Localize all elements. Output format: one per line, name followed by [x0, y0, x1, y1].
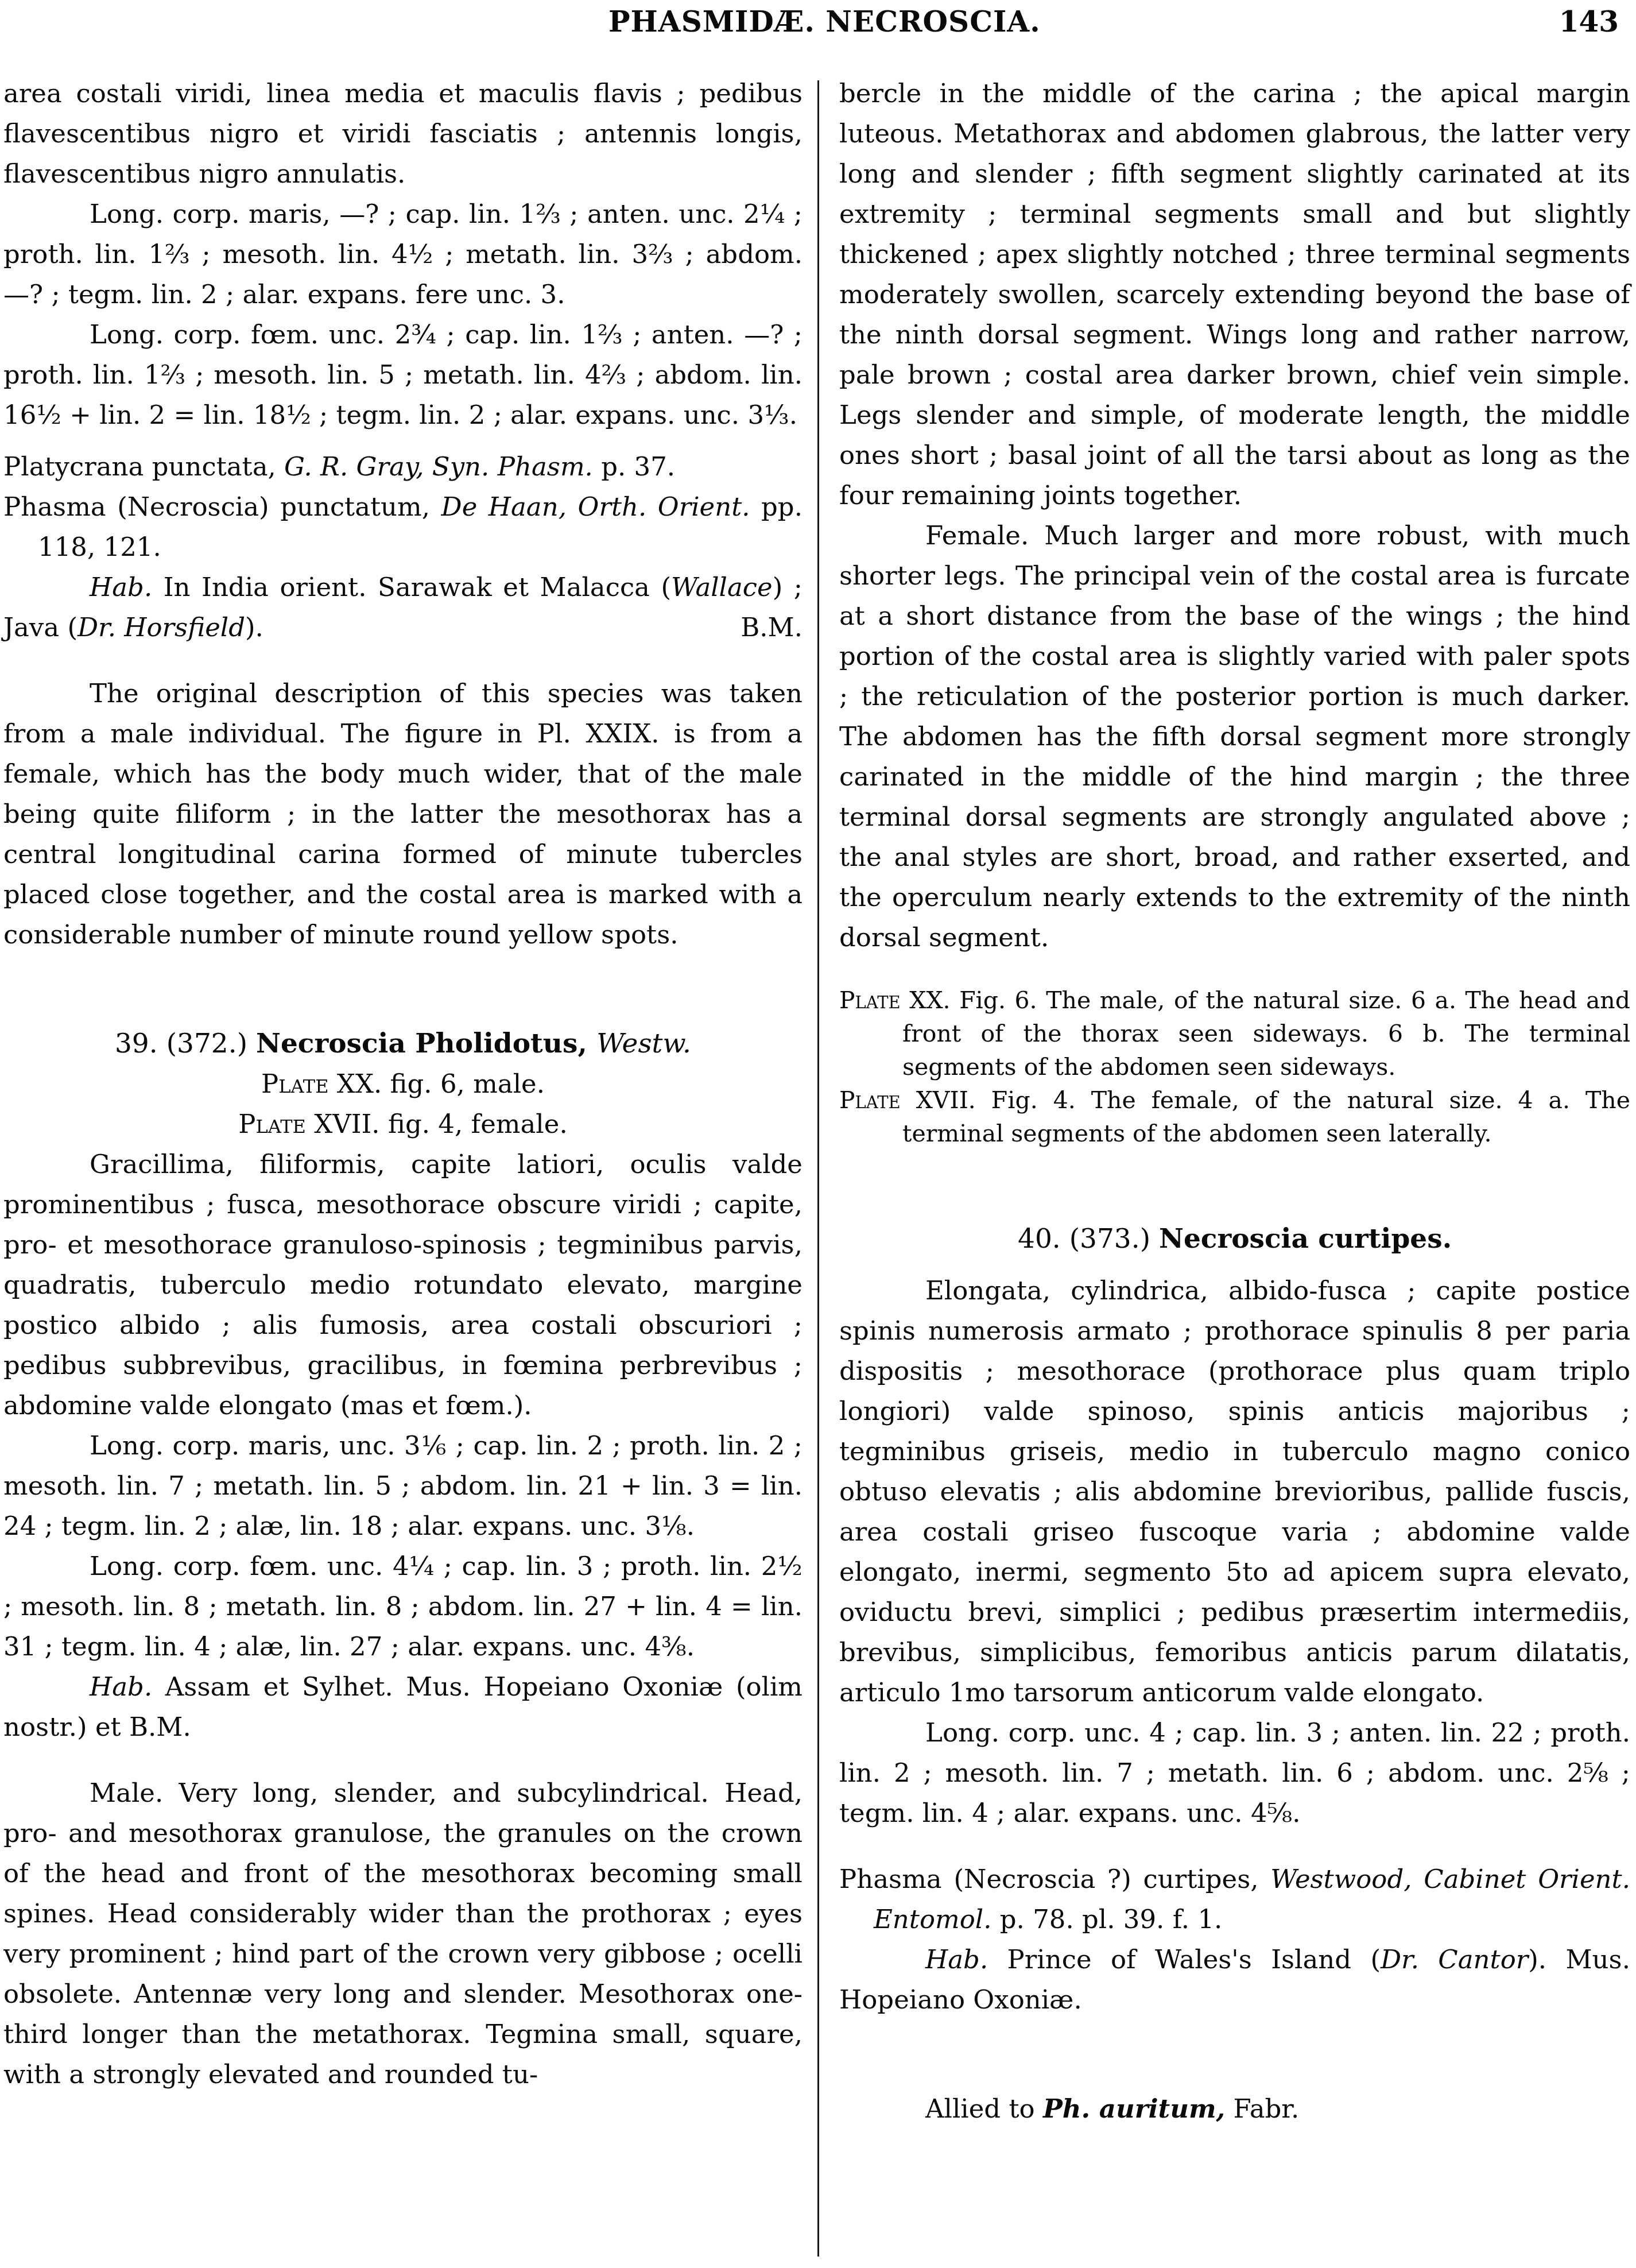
- male-description-continuation: bercle in the middle of the carina ; the…: [839, 73, 1630, 516]
- column-divider: [817, 80, 819, 2257]
- plate-xvii-caption: Plate XVII. Fig. 4. The female, of the n…: [839, 1083, 1630, 1150]
- measurements-male: Long. corp. maris, —? ; cap. lin. 1⅔ ; a…: [3, 194, 803, 315]
- species-40-measurements: Long. corp. unc. 4 ; cap. lin. 3 ; anten…: [839, 1713, 1630, 1833]
- page-header: PHASMIDÆ. NECROSCIA. 143: [0, 0, 1636, 63]
- species-39-measurements-female: Long. corp. fœm. unc. 4¼ ; cap. lin. 3 ;…: [3, 1546, 803, 1667]
- running-title: PHASMIDÆ. NECROSCIA.: [608, 5, 1041, 38]
- museum-code: B.M.: [654, 607, 803, 648]
- right-column: bercle in the middle of the carina ; the…: [839, 73, 1630, 2129]
- species-39-plate-male: Plate XX. fig. 6, male.: [3, 1064, 803, 1104]
- page-number: 143: [1559, 5, 1619, 38]
- species-40-heading: 40. (373.) Necroscia curtipes.: [839, 1219, 1630, 1259]
- species-39-latin-diagnosis: Gracillima, filiformis, capite latiori, …: [3, 1144, 803, 1426]
- remarks-paragraph: The original description of this species…: [3, 674, 803, 955]
- species-39-plate-female: Plate XVII. fig. 4, female.: [3, 1104, 803, 1144]
- synonym-gray: Platycrana punctata, G. R. Gray, Syn. Ph…: [3, 447, 803, 487]
- measurements-female: Long. corp. fœm. unc. 2¾ ; cap. lin. 1⅔ …: [3, 315, 803, 435]
- synonym-de-haan: Phasma (Necroscia) punctatum, De Haan, O…: [3, 487, 803, 567]
- female-description: Female. Much larger and more robust, wit…: [839, 516, 1630, 958]
- left-column: area costali viridi, linea media et macu…: [3, 73, 803, 2095]
- species-40-affinity: Allied to Ph. auritum, Fabr.: [839, 2089, 1630, 2129]
- plate-xx-caption: Plate XX. Fig. 6. The male, of the natur…: [839, 984, 1630, 1083]
- species-40-habitat: Hab. Prince of Wales's Island (Dr. Canto…: [839, 1940, 1630, 2020]
- species-39-heading: 39. (372.) Necroscia Pholidotus, Westw.: [3, 1024, 803, 1064]
- habitat: Hab. In India orient. Sarawak et Malacca…: [3, 567, 803, 648]
- species-39-habitat: Hab. Assam et Sylhet. Mus. Hopeiano Oxon…: [3, 1667, 803, 1747]
- description-continuation: area costali viridi, linea media et macu…: [3, 73, 803, 194]
- species-40-synonym: Phasma (Necroscia ?) curtipes, Westwood,…: [839, 1859, 1630, 1940]
- species-40-latin-diagnosis: Elongata, cylindrica, albido-fusca ; cap…: [839, 1271, 1630, 1713]
- species-39-male-description: Male. Very long, slender, and subcylindr…: [3, 1773, 803, 2095]
- species-39-measurements-male: Long. corp. maris, unc. 3⅙ ; cap. lin. 2…: [3, 1426, 803, 1546]
